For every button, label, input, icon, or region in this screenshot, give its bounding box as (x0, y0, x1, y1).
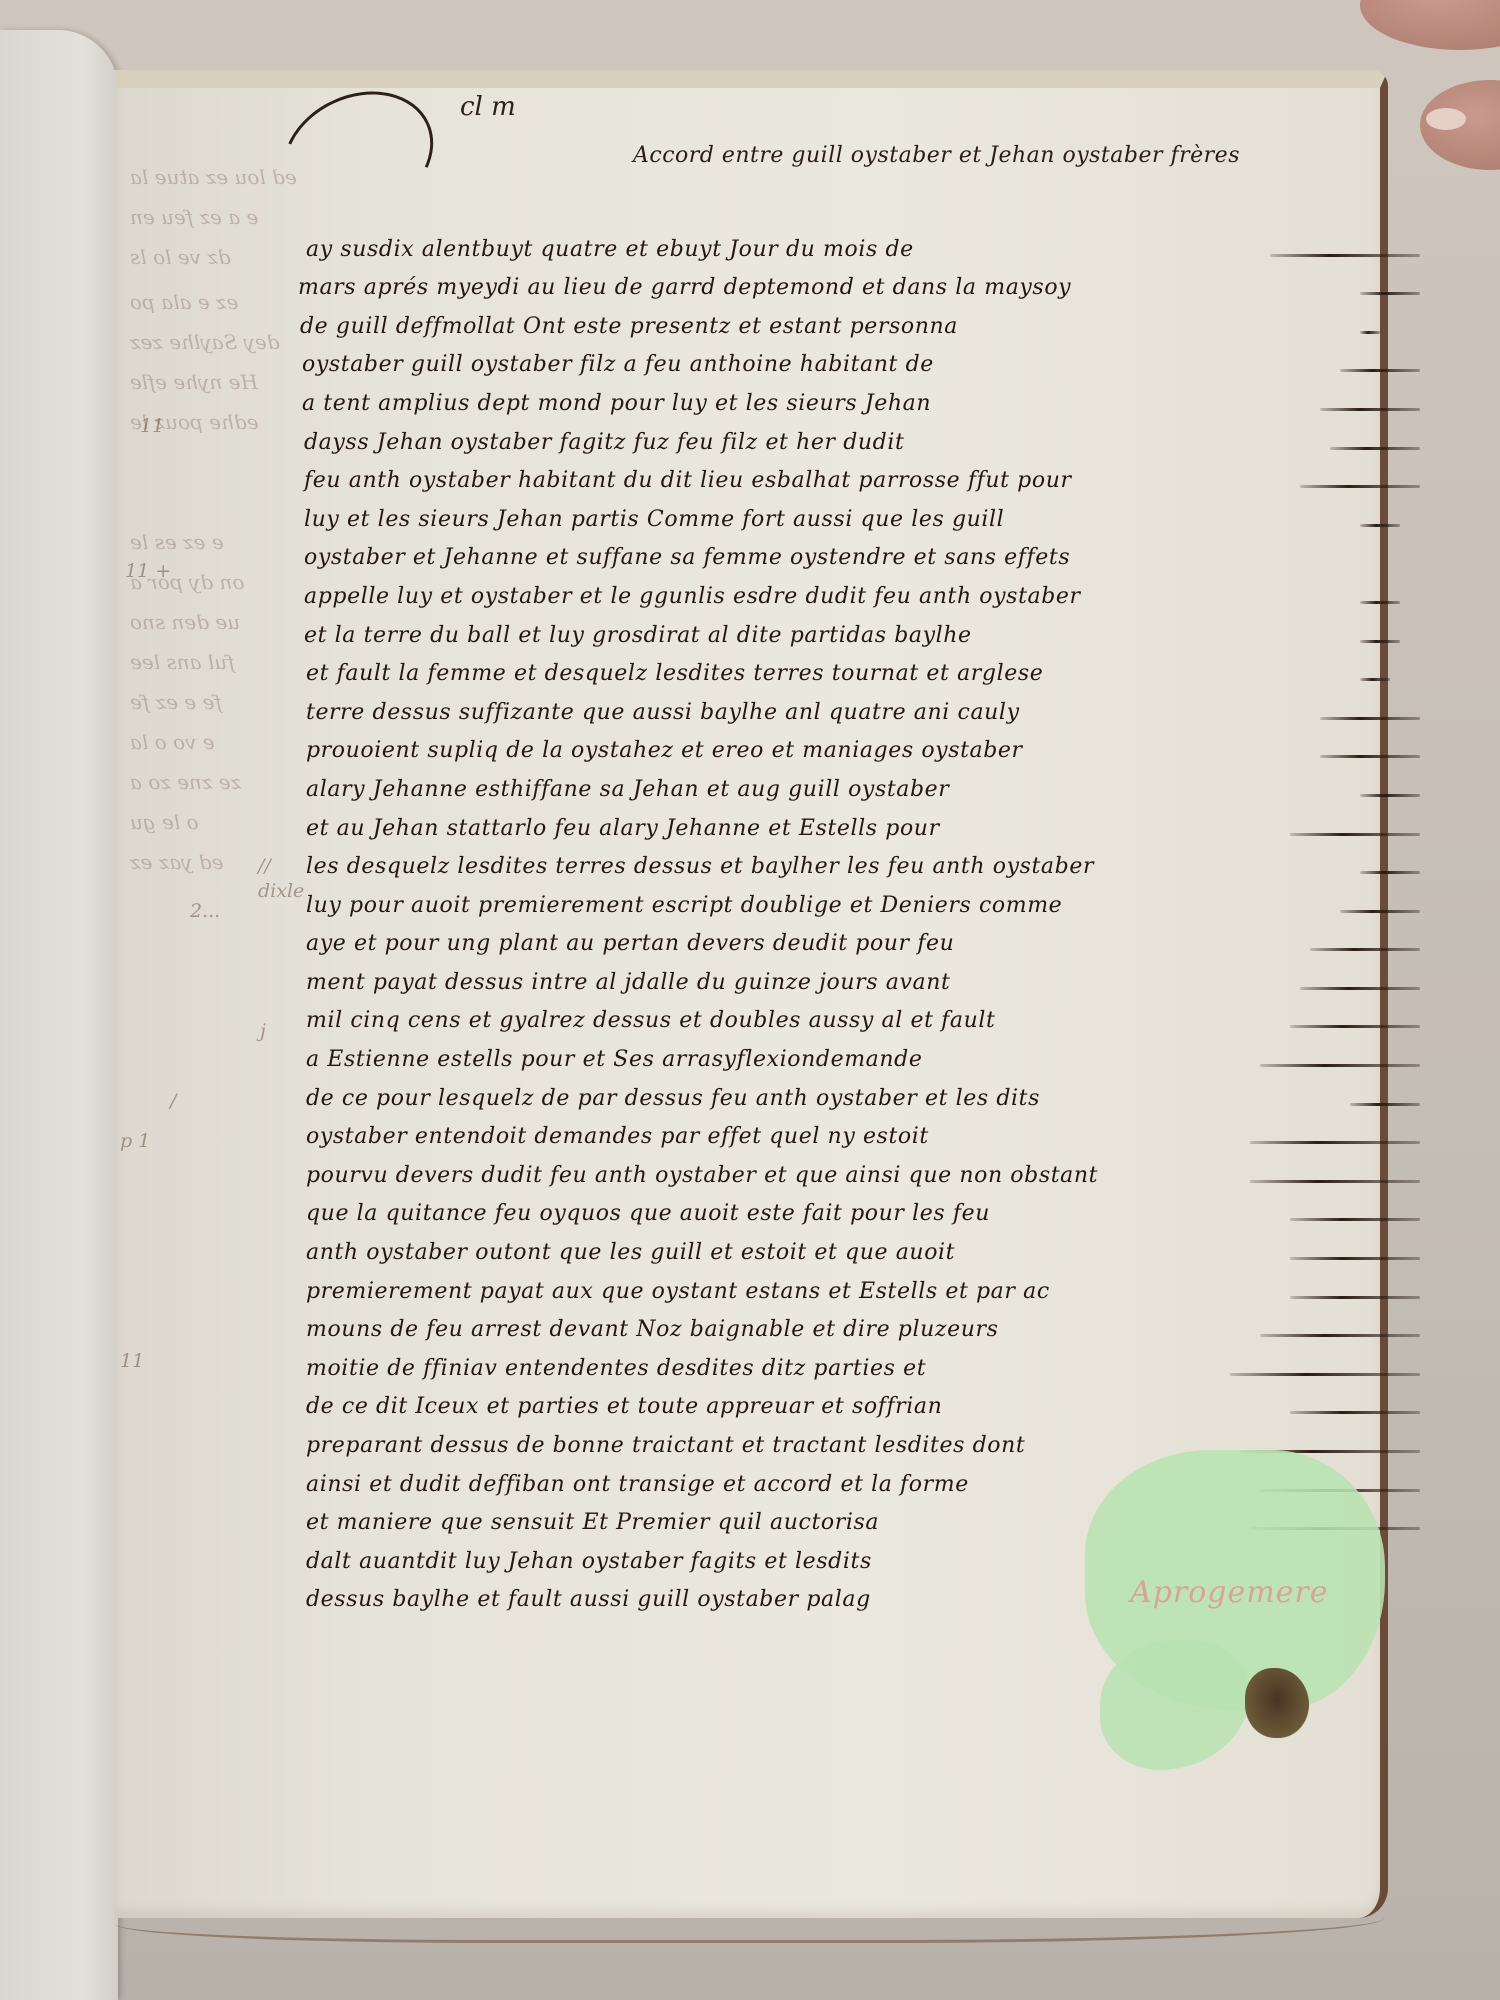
line-text: et la terre du ball et luy grosdirat al … (304, 625, 972, 653)
line-text: pourvu devers dudit feu anth oystaber et… (306, 1165, 1098, 1193)
line-text: ainsi et dudit deffiban ont transige et … (306, 1474, 969, 1502)
line-text: terre dessus suffizante que aussi baylhe… (306, 702, 1020, 730)
line-text: preparant dessus de bonne traictant et t… (306, 1435, 1025, 1463)
line-end-flourish (1250, 1180, 1420, 1183)
margin-note: 11 (120, 1350, 144, 1372)
line-text: appelle luy et oystaber et le ggunlis es… (304, 586, 1081, 614)
manuscript-line: mars aprés myeydi au lieu de garrd depte… (290, 267, 1340, 306)
manuscript-line: a Estienne estells pour et Ses arrasyfle… (290, 1038, 1340, 1077)
page-worn-bottom-edge (115, 1880, 1385, 1943)
line-text: aye et pour ung plant au pertan devers d… (306, 933, 954, 961)
manuscript-line: anth oystaber outont que les guill et es… (290, 1231, 1340, 1270)
manuscript-line: aye et pour ung plant au pertan devers d… (290, 923, 1340, 962)
manuscript-line: les desquelz lesdites terres dessus et b… (290, 846, 1340, 885)
line-end-flourish (1360, 678, 1390, 681)
line-text: a tent amplius dept mond pour luy et les… (302, 393, 931, 421)
line-end-flourish (1300, 987, 1420, 990)
line-end-flourish (1270, 254, 1420, 257)
manuscript-line: mouns de feu arrest devant Noz baignable… (290, 1309, 1340, 1348)
manuscript-line: et la terre du ball et luy grosdirat al … (290, 614, 1340, 653)
line-end-flourish (1360, 640, 1400, 643)
line-text: luy pour auoit premierement escript doub… (306, 895, 1062, 923)
manuscript-line: de guill deffmollat Ont este presentz et… (290, 305, 1340, 344)
manuscript-line: que la quitance feu oyquos que auoit est… (290, 1193, 1340, 1232)
line-end-flourish (1360, 871, 1420, 874)
line-text: oystaber et Jehanne et suffane sa femme … (304, 547, 1070, 575)
manuscript-line: de ce dit Iceux et parties et toute appr… (290, 1386, 1340, 1425)
line-text: dalt auantdit luy Jehan oystaber fagits … (306, 1551, 872, 1579)
line-text: de ce pour lesquelz de par dessus feu an… (306, 1088, 1040, 1116)
line-text: a Estienne estells pour et Ses arrasyfle… (306, 1049, 922, 1077)
line-text: alary Jehanne esthiffane sa Jehan et aug… (306, 779, 949, 807)
line-text: anth oystaber outont que les guill et es… (306, 1242, 955, 1270)
line-end-flourish (1290, 1257, 1420, 1260)
line-text: les desquelz lesdites terres dessus et b… (306, 856, 1094, 884)
ink-stain (1245, 1668, 1309, 1738)
manuscript-line: a tent amplius dept mond pour luy et les… (290, 382, 1340, 421)
line-text: feu anth oystaber habitant du dit lieu e… (304, 470, 1072, 498)
line-end-flourish (1260, 1064, 1420, 1067)
line-end-flourish (1290, 1411, 1420, 1414)
manuscript-line: feu anth oystaber habitant du dit lieu e… (290, 460, 1340, 499)
manuscript-line: premierement payat aux que oystant estan… (290, 1270, 1340, 1309)
line-text: luy et les sieurs Jehan partis Comme for… (304, 509, 1004, 537)
manuscript-line: ay susdix alentbuyt quatre et ebuyt Jour… (290, 228, 1340, 267)
manuscript-line: luy et les sieurs Jehan partis Comme for… (290, 498, 1340, 537)
line-end-flourish (1340, 369, 1420, 372)
manuscript-line: de ce pour lesquelz de par dessus feu an… (290, 1077, 1340, 1116)
line-end-flourish (1290, 1296, 1420, 1299)
watermark-text: Aprogemere (1130, 1575, 1329, 1610)
line-end-flourish (1310, 948, 1420, 951)
verso-page (0, 30, 118, 2000)
manuscript-line: dayss Jehan oystaber fagitz fuz feu filz… (290, 421, 1340, 460)
line-text: mil cinq cens et gyalrez dessus et doubl… (306, 1010, 995, 1038)
manuscript-line: oystaber guill oystaber filz a feu antho… (290, 344, 1340, 383)
folio-number: cl m (460, 92, 516, 122)
margin-note: 2... (190, 900, 220, 922)
line-text: oystaber guill oystaber filz a feu antho… (302, 354, 934, 382)
line-text: mars aprés myeydi au lieu de garrd depte… (298, 277, 1071, 305)
margin-note: p 1 (120, 1130, 150, 1152)
manuscript-line: ment payat dessus intre al jdalle du gui… (290, 961, 1340, 1000)
line-end-flourish (1330, 447, 1420, 450)
manuscript-body: ay susdix alentbuyt quatre et ebuyt Jour… (290, 228, 1340, 1617)
line-end-flourish (1340, 910, 1420, 913)
line-end-flourish (1300, 485, 1420, 488)
line-end-flourish (1320, 408, 1420, 411)
manuscript-line: alary Jehanne esthiffane sa Jehan et aug… (290, 768, 1340, 807)
manuscript-line: prouoient supliq de la oystahez et ereo … (290, 730, 1340, 769)
manuscript-line: oystaber et Jehanne et suffane sa femme … (290, 537, 1340, 576)
manuscript-line: appelle luy et oystaber et le ggunlis es… (290, 575, 1340, 614)
line-text: de guill deffmollat Ont este presentz et… (300, 316, 958, 344)
line-end-flourish (1360, 794, 1420, 797)
line-text: ay susdix alentbuyt quatre et ebuyt Jour… (306, 239, 914, 267)
line-text: mouns de feu arrest devant Noz baignable… (306, 1319, 998, 1347)
line-text: oystaber entendoit demandes par effet qu… (306, 1126, 929, 1154)
margin-note: / (170, 1090, 176, 1112)
line-end-flourish (1350, 1103, 1420, 1106)
manuscript-line: et fault la femme et desquelz lesdites t… (290, 653, 1340, 692)
line-text: moitie de ffiniav entendentes desdites d… (306, 1358, 926, 1386)
line-end-flourish (1320, 755, 1420, 758)
line-text: ment payat dessus intre al jdalle du gui… (306, 972, 950, 1000)
line-text: dayss Jehan oystaber fagitz fuz feu filz… (304, 432, 904, 460)
margin-note: j (260, 1020, 266, 1042)
line-end-flourish (1290, 833, 1420, 836)
line-text: premierement payat aux que oystant estan… (306, 1281, 1050, 1309)
manuscript-line: luy pour auoit premierement escript doub… (290, 884, 1340, 923)
manuscript-line: moitie de ffiniav entendentes desdites d… (290, 1347, 1340, 1386)
line-text: prouoient supliq de la oystahez et ereo … (306, 740, 1023, 768)
line-text: que la quitance feu oyquos que auoit est… (306, 1203, 990, 1231)
margin-note: 11 + (125, 560, 171, 582)
line-end-flourish (1360, 292, 1420, 295)
manuscript-line: mil cinq cens et gyalrez dessus et doubl… (290, 1000, 1340, 1039)
manuscript-line: oystaber entendoit demandes par effet qu… (290, 1116, 1340, 1155)
margin-note: 11 (140, 415, 164, 437)
line-text: et maniere que sensuit Et Premier quil a… (306, 1512, 879, 1540)
line-end-flourish (1290, 1218, 1420, 1221)
line-text: de ce dit Iceux et parties et toute appr… (306, 1396, 942, 1424)
manuscript-line: et au Jehan stattarlo feu alary Jehanne … (290, 807, 1340, 846)
line-end-flourish (1320, 717, 1420, 720)
manuscript-line: pourvu devers dudit feu anth oystaber et… (290, 1154, 1340, 1193)
line-end-flourish (1250, 1141, 1420, 1144)
line-end-flourish (1360, 601, 1400, 604)
line-text: dessus baylhe et fault aussi guill oysta… (306, 1589, 871, 1617)
line-end-flourish (1230, 1373, 1420, 1376)
line-text: et fault la femme et desquelz lesdites t… (306, 663, 1043, 691)
line-end-flourish (1260, 1334, 1420, 1337)
manuscript-line: terre dessus suffizante que aussi baylhe… (290, 691, 1340, 730)
line-end-flourish (1360, 524, 1400, 527)
line-text: et au Jehan stattarlo feu alary Jehanne … (306, 818, 940, 846)
line-end-flourish (1360, 331, 1380, 334)
margin-note: // (258, 855, 271, 877)
document-heading: Accord entre guill oystaber et Jehan oys… (633, 143, 1240, 168)
fingernail (1426, 108, 1466, 130)
